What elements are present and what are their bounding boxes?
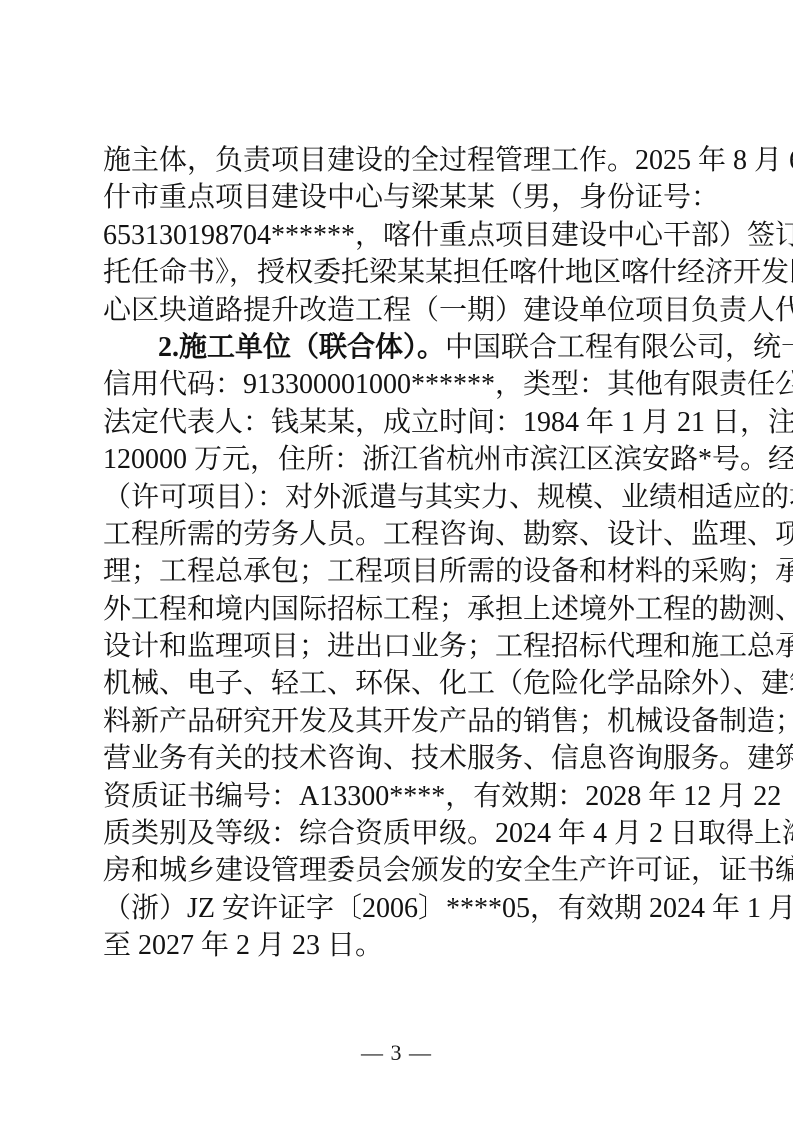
paragraph2-line: 设计和监理项目；进出口业务；工程招标代理和施工总承包； xyxy=(103,628,701,665)
paragraph2-line: 质类别及等级：综合资质甲级。2024 年 4 月 2 日取得上海市住 xyxy=(103,815,701,852)
paragraph2-line: 营业务有关的技术咨询、技术服务、信息咨询服务。建筑企业 xyxy=(103,740,701,777)
section-heading: 2.施工单位（联合体）。 xyxy=(158,332,445,363)
paragraph2-line: 料新产品研究开发及其开发产品的销售；机械设备制造；与主 xyxy=(103,703,701,740)
paragraph2-line: （浙）JZ 安许证字〔2006〕****05，有效期 2024 年 1 月 26… xyxy=(103,890,701,927)
paragraph2-lead-text: 中国联合工程有限公司，统一社会 xyxy=(445,332,793,363)
document-page: 施主体，负责项目建设的全过程管理工作。2025 年 8 月 6 日喀 什市重点项… xyxy=(0,0,793,1122)
paragraph2-line: 工程所需的劳务人员。工程咨询、勘察、设计、监理、项目管 xyxy=(103,516,701,553)
paragraph2-line: 120000 万元，住所：浙江省杭州市滨江区滨安路*号。经营范围 xyxy=(103,441,701,478)
paragraph1-line: 施主体，负责项目建设的全过程管理工作。2025 年 8 月 6 日喀 xyxy=(103,142,701,179)
paragraph2-line: 至 2027 年 2 月 23 日。 xyxy=(103,927,701,964)
document-body: 施主体，负责项目建设的全过程管理工作。2025 年 8 月 6 日喀 什市重点项… xyxy=(103,142,701,965)
paragraph1-line: 653130198704******，喀什重点项目建设中心干部）签订《委 xyxy=(103,217,701,254)
paragraph2-line: 理；工程总承包；工程项目所需的设备和材料的采购；承包境 xyxy=(103,553,701,590)
page-number: — 3 — xyxy=(0,1038,793,1068)
paragraph1-line: 心区块道路提升改造工程（一期）建设单位项目负责人代表。 xyxy=(103,292,701,329)
paragraph2-line: 信用代码：913300001000******，类型：其他有限责任公司， xyxy=(103,366,701,403)
paragraph2-line: 房和城乡建设管理委员会颁发的安全生产许可证，证书编号： xyxy=(103,852,701,889)
paragraph1-line: 什市重点项目建设中心与梁某某（男，身份证号： xyxy=(103,179,701,216)
paragraph1-line: 托任命书》，授权委托梁某某担任喀什地区喀什经济开发区核 xyxy=(103,254,701,291)
paragraph2-line: 外工程和境内国际招标工程；承担上述境外工程的勘测、咨询、 xyxy=(103,591,701,628)
paragraph2-line: （许可项目）：对外派遣与其实力、规模、业绩相适应的境外 xyxy=(103,479,701,516)
paragraph2-line: 法定代表人：钱某某，成立时间：1984 年 1 月 21 日，注册资本 xyxy=(103,404,701,441)
paragraph2-lead-line: 2.施工单位（联合体）。中国联合工程有限公司，统一社会 xyxy=(103,329,701,366)
paragraph2-line: 资质证书编号：A13300****，有效期：2028 年 12 月 22 日，资 xyxy=(103,778,701,815)
paragraph2-line: 机械、电子、轻工、环保、化工（危险化学品除外）、建筑材 xyxy=(103,665,701,702)
